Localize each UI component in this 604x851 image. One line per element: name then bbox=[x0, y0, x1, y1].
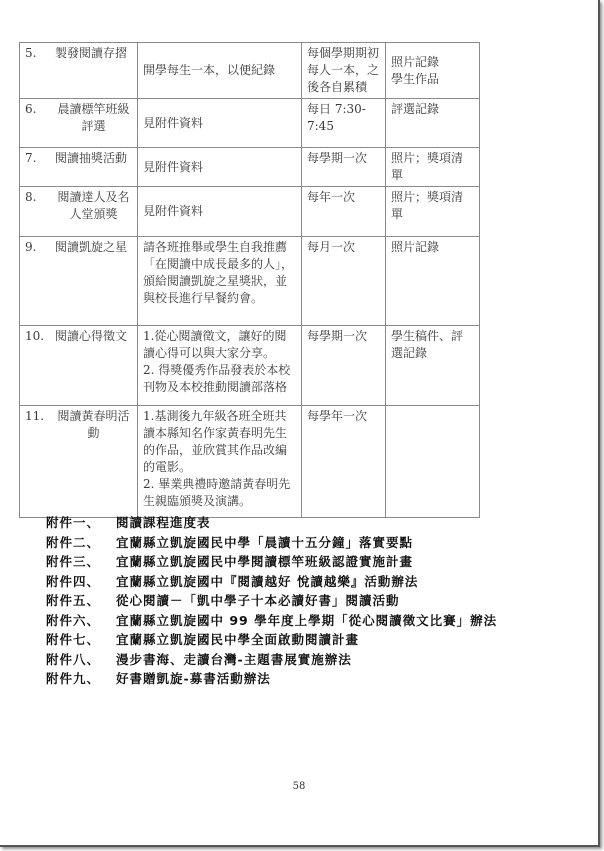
activity-cell: 7.閱讀抽獎活動 bbox=[20, 148, 138, 187]
attachment-title: 好書贈凱旋-募書活動辦法 bbox=[116, 669, 271, 689]
activity-description: 見附件資料 bbox=[138, 148, 302, 187]
activity-evidence: 照片記錄 學生作品 bbox=[386, 43, 480, 99]
activity-evidence: 照片記錄 bbox=[386, 237, 480, 326]
activity-name: 閱讀心得徵文 bbox=[55, 328, 132, 345]
description-line: 開學每生一本，以便紀錄 bbox=[143, 62, 296, 79]
activity-frequency: 每學期一次 bbox=[302, 326, 386, 406]
attachment-title: 閱讀課程進度表 bbox=[116, 513, 211, 533]
attachment-label: 附件四、 bbox=[46, 572, 116, 592]
table-row: 10.閱讀心得徵文1.從心閱讀徵文，讓好的閱讀心得可以與大家分享。2. 得獎優秀… bbox=[20, 326, 480, 406]
description-line: 請各班推舉或學生自我推薦「在閱讀中成長最多的人」，頒給閱讀凱旋之星獎狀，並與校長… bbox=[143, 239, 296, 307]
description-line: 見附件資料 bbox=[143, 203, 296, 220]
activity-cell: 6.晨讀標竿班級評選 bbox=[20, 99, 138, 148]
attachment-item: 附件五、從心閱讀－「凱中學子十本必讀好書」閱讀活動 bbox=[46, 591, 497, 611]
attachment-item: 附件三、宜蘭縣立凱旋國民中學閱讀標竿班級認證實施計畫 bbox=[46, 552, 497, 572]
attachment-title: 宜蘭縣立凱旋國中『閱讀越好 悅讀越樂』活動辦法 bbox=[116, 572, 418, 592]
activity-number: 9. bbox=[25, 239, 55, 256]
activity-cell: 5.製發閱讀存摺 bbox=[20, 43, 138, 99]
attachment-label: 附件二、 bbox=[46, 533, 116, 553]
table-row: 11.閱讀黃春明活動1.基測後九年級各班全班共讀本縣知名作家黃春明先生的作品，並… bbox=[20, 406, 480, 518]
attachment-title: 漫步書海、走讀台灣-主題書展實施辦法 bbox=[116, 650, 352, 670]
activity-cell: 11.閱讀黃春明活動 bbox=[20, 406, 138, 518]
page-number: 58 bbox=[0, 781, 598, 792]
activity-description: 見附件資料 bbox=[138, 187, 302, 237]
table-row: 8.閱讀達人及名人堂頒獎見附件資料每年一次照片；獎項清單 bbox=[20, 187, 480, 237]
description-line: 見附件資料 bbox=[143, 115, 296, 132]
activity-evidence: 學生稿件、評選記錄 bbox=[386, 326, 480, 406]
activity-name: 閱讀黃春明活動 bbox=[55, 408, 132, 442]
activity-frequency: 每月一次 bbox=[302, 237, 386, 326]
attachment-item: 附件二、宜蘭縣立凱旋國民中學「晨讀十五分鐘」落實要點 bbox=[46, 533, 497, 553]
activity-number: 6. bbox=[25, 101, 55, 135]
activity-description: 開學每生一本，以便紀錄 bbox=[138, 43, 302, 99]
activity-evidence bbox=[386, 406, 480, 518]
document-page: 5.製發閱讀存摺開學每生一本，以便紀錄每個學期期初每人一本，之後各自累積照片記錄… bbox=[0, 0, 600, 847]
activity-evidence: 評選記錄 bbox=[386, 99, 480, 148]
activity-number: 10. bbox=[25, 328, 55, 345]
description-line: 2. 畢業典禮時邀請黃春明先生親臨頒獎及演講。 bbox=[143, 476, 296, 510]
description-line: 2. 得獎優秀作品發表於本校刊物及本校推動閱讀部落格 bbox=[143, 362, 296, 396]
table-row: 9.閱讀凱旋之星請各班推舉或學生自我推薦「在閱讀中成長最多的人」，頒給閱讀凱旋之… bbox=[20, 237, 480, 326]
activity-cell: 9.閱讀凱旋之星 bbox=[20, 237, 138, 326]
activity-frequency: 每個學期期初每人一本，之後各自累積 bbox=[302, 43, 386, 99]
activity-evidence: 照片；獎項清單 bbox=[386, 187, 480, 237]
table-row: 5.製發閱讀存摺開學每生一本，以便紀錄每個學期期初每人一本，之後各自累積照片記錄… bbox=[20, 43, 480, 99]
attachment-title: 從心閱讀－「凱中學子十本必讀好書」閱讀活動 bbox=[116, 591, 400, 611]
attachment-item: 附件四、宜蘭縣立凱旋國中『閱讀越好 悅讀越樂』活動辦法 bbox=[46, 572, 497, 592]
activity-description: 請各班推舉或學生自我推薦「在閱讀中成長最多的人」，頒給閱讀凱旋之星獎狀，並與校長… bbox=[138, 237, 302, 326]
description-line: 1.從心閱讀徵文，讓好的閱讀心得可以與大家分享。 bbox=[143, 328, 296, 362]
attachment-label: 附件八、 bbox=[46, 650, 116, 670]
activity-description: 見附件資料 bbox=[138, 99, 302, 148]
attachment-title: 宜蘭縣立凱旋國民中學全面啟動閱讀計畫 bbox=[116, 630, 359, 650]
activity-frequency: 每日 7:30-7:45 bbox=[302, 99, 386, 148]
attachment-label: 附件三、 bbox=[46, 552, 116, 572]
attachment-label: 附件九、 bbox=[46, 669, 116, 689]
activity-frequency: 每學期一次 bbox=[302, 148, 386, 187]
attachment-label: 附件六、 bbox=[46, 611, 116, 631]
table-row: 7.閱讀抽獎活動見附件資料每學期一次照片；獎項清單 bbox=[20, 148, 480, 187]
activity-frequency: 每學年一次 bbox=[302, 406, 386, 518]
attachment-label: 附件一、 bbox=[46, 513, 116, 533]
activity-name: 閱讀凱旋之星 bbox=[55, 239, 132, 256]
activity-name: 製發閱讀存摺 bbox=[55, 45, 132, 62]
activity-name: 閱讀達人及名人堂頒獎 bbox=[55, 189, 132, 223]
description-line: 見附件資料 bbox=[143, 159, 296, 176]
attachment-label: 附件五、 bbox=[46, 591, 116, 611]
activity-cell: 8.閱讀達人及名人堂頒獎 bbox=[20, 187, 138, 237]
activity-evidence: 照片；獎項清單 bbox=[386, 148, 480, 187]
attachment-item: 附件八、漫步書海、走讀台灣-主題書展實施辦法 bbox=[46, 650, 497, 670]
attachment-title: 宜蘭縣立凱旋國民中學閱讀標竿班級認證實施計畫 bbox=[116, 552, 413, 572]
attachment-item: 附件六、宜蘭縣立凱旋國中 99 學年度上學期「從心閱讀徵文比賽」辦法 bbox=[46, 611, 497, 631]
description-line: 1.基測後九年級各班全班共讀本縣知名作家黃春明先生的作品，並欣賞其作品改編的電影… bbox=[143, 408, 296, 476]
activity-number: 7. bbox=[25, 150, 55, 167]
attachment-item: 附件九、好書贈凱旋-募書活動辦法 bbox=[46, 669, 497, 689]
activity-number: 8. bbox=[25, 189, 55, 223]
activity-description: 1.從心閱讀徵文，讓好的閱讀心得可以與大家分享。2. 得獎優秀作品發表於本校刊物… bbox=[138, 326, 302, 406]
attachment-title: 宜蘭縣立凱旋國民中學「晨讀十五分鐘」落實要點 bbox=[116, 533, 413, 553]
activity-number: 5. bbox=[25, 45, 55, 62]
attachment-item: 附件七、宜蘭縣立凱旋國民中學全面啟動閱讀計畫 bbox=[46, 630, 497, 650]
activity-number: 11. bbox=[25, 408, 55, 442]
attachment-title: 宜蘭縣立凱旋國中 99 學年度上學期「從心閱讀徵文比賽」辦法 bbox=[116, 611, 497, 631]
attachment-item: 附件一、閱讀課程進度表 bbox=[46, 513, 497, 533]
activity-frequency: 每年一次 bbox=[302, 187, 386, 237]
attachment-label: 附件七、 bbox=[46, 630, 116, 650]
attachments-list: 附件一、閱讀課程進度表附件二、宜蘭縣立凱旋國民中學「晨讀十五分鐘」落實要點附件三… bbox=[46, 513, 497, 689]
activity-name: 晨讀標竿班級評選 bbox=[55, 101, 132, 135]
activity-cell: 10.閱讀心得徵文 bbox=[20, 326, 138, 406]
reading-activities-table: 5.製發閱讀存摺開學每生一本，以便紀錄每個學期期初每人一本，之後各自累積照片記錄… bbox=[19, 42, 480, 518]
activity-name: 閱讀抽獎活動 bbox=[55, 150, 132, 167]
table-row: 6.晨讀標竿班級評選見附件資料每日 7:30-7:45評選記錄 bbox=[20, 99, 480, 148]
activity-description: 1.基測後九年級各班全班共讀本縣知名作家黃春明先生的作品，並欣賞其作品改編的電影… bbox=[138, 406, 302, 518]
